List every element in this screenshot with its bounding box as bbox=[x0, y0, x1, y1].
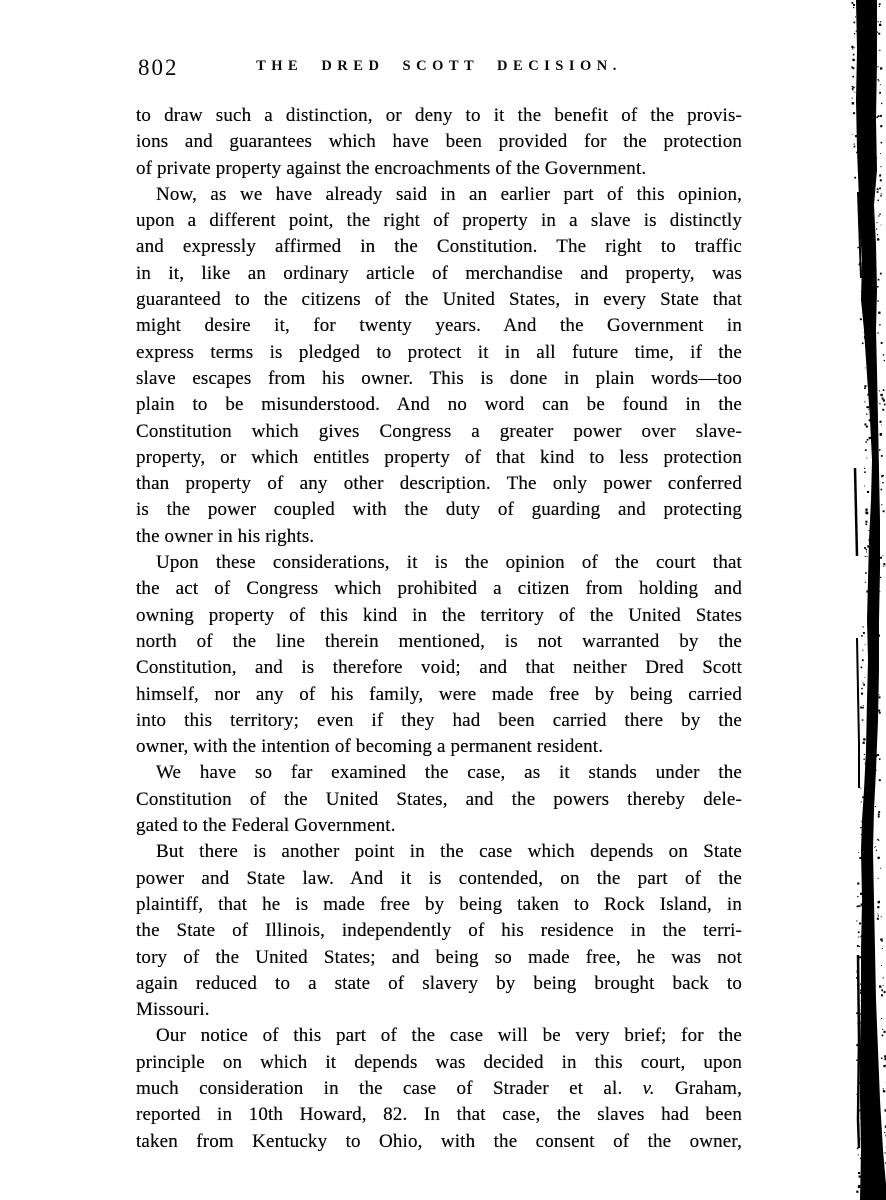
text-line: We have so far examined the case, as it … bbox=[136, 760, 742, 786]
scan-speckle bbox=[879, 985, 881, 987]
scan-speckle bbox=[881, 940, 883, 942]
text-line: the State of Illinois, independently of … bbox=[136, 918, 742, 944]
text-line: ions and guarantees which have been prov… bbox=[136, 129, 742, 155]
scan-speckle bbox=[864, 815, 866, 817]
scan-speckle bbox=[852, 102, 854, 104]
scan-speckle bbox=[860, 1013, 861, 1014]
scan-speckle bbox=[857, 1097, 859, 1099]
running-title: THE DRED SCOTT DECISION. bbox=[136, 58, 742, 75]
scan-speckle bbox=[863, 705, 864, 706]
text-line: plain to be misunderstood. And no word c… bbox=[136, 392, 742, 418]
scan-sliver bbox=[858, 955, 859, 1148]
scan-speckle bbox=[880, 21, 881, 22]
paragraph: to draw such a distinction, or deny to i… bbox=[136, 103, 742, 182]
scan-speckle bbox=[860, 827, 861, 828]
scan-speckle bbox=[879, 591, 880, 592]
scan-speckle bbox=[856, 152, 858, 154]
scan-speckle bbox=[857, 1023, 858, 1024]
scan-speckle bbox=[861, 834, 862, 835]
scan-speckle bbox=[858, 1054, 860, 1056]
scan-speckle bbox=[863, 738, 865, 740]
scan-speckle bbox=[861, 667, 863, 669]
scan-speckle bbox=[878, 21, 879, 22]
scan-speckle bbox=[855, 135, 857, 137]
scan-speckle bbox=[859, 240, 860, 241]
scan-speckle bbox=[878, 279, 880, 281]
scan-speckle bbox=[859, 264, 860, 265]
scan-speckle bbox=[865, 368, 866, 369]
scan-speckle bbox=[852, 134, 853, 135]
scan-speckle bbox=[880, 67, 882, 69]
scan-speckle bbox=[878, 814, 880, 816]
scan-speckle bbox=[882, 1035, 884, 1037]
text-line: much consideration in the case of Strade… bbox=[136, 1076, 742, 1102]
scan-speckle bbox=[877, 238, 879, 240]
scan-speckle bbox=[879, 901, 880, 902]
scan-speckle bbox=[864, 322, 866, 324]
scan-speckle bbox=[877, 234, 878, 235]
scan-speckle bbox=[881, 103, 882, 104]
scan-speckle bbox=[860, 318, 862, 320]
scan-speckle bbox=[881, 987, 882, 988]
scan-speckle bbox=[858, 1154, 859, 1155]
scan-speckle bbox=[864, 468, 865, 469]
scan-speckle bbox=[857, 1148, 859, 1150]
scan-speckle bbox=[857, 945, 859, 947]
scan-speckle bbox=[878, 878, 879, 879]
scan-speckle bbox=[878, 215, 879, 216]
scan-speckle bbox=[857, 971, 859, 973]
scan-speckle bbox=[884, 1031, 886, 1033]
scan-speckle bbox=[859, 923, 861, 925]
scan-speckle bbox=[865, 644, 866, 645]
scan-speckle bbox=[856, 1094, 857, 1095]
text-line: tory of the United States; and being so … bbox=[136, 945, 742, 971]
scan-speckle bbox=[859, 253, 860, 254]
scan-speckle bbox=[862, 659, 864, 661]
text-line: to draw such a distinction, or deny to i… bbox=[136, 103, 742, 129]
scan-speckle bbox=[877, 286, 879, 288]
scan-speckle bbox=[880, 577, 881, 578]
scan-speckle bbox=[881, 489, 883, 491]
scan-speckle bbox=[865, 511, 867, 513]
scan-speckle bbox=[865, 582, 866, 583]
scan-speckle bbox=[877, 31, 878, 32]
scan-speckle bbox=[881, 1018, 882, 1019]
scan-speckle bbox=[869, 530, 870, 531]
scan-speckle bbox=[880, 84, 881, 85]
scan-speckle bbox=[881, 425, 882, 426]
scan-speckle bbox=[876, 67, 877, 68]
scan-speckle bbox=[875, 703, 876, 704]
scan-speckle bbox=[861, 635, 863, 637]
scan-speckle bbox=[883, 1088, 884, 1089]
scan-speckle bbox=[865, 523, 867, 525]
scan-speckle bbox=[878, 635, 880, 637]
scan-speckle bbox=[876, 683, 878, 685]
scan-speckle bbox=[854, 146, 856, 148]
text-line: might desire it, for twenty years. And t… bbox=[136, 313, 742, 339]
scan-speckle bbox=[864, 795, 866, 797]
scan-speckle bbox=[858, 1036, 860, 1038]
scan-speckle bbox=[877, 839, 878, 840]
scan-speckle bbox=[858, 1185, 860, 1187]
scan-speckle bbox=[869, 547, 870, 548]
scan-speckle bbox=[882, 1029, 883, 1030]
text-line: Constitution of the United States, and t… bbox=[136, 787, 742, 813]
scan-speckle bbox=[878, 840, 879, 841]
scan-speckle bbox=[864, 385, 866, 387]
scan-speckle bbox=[852, 88, 854, 90]
scan-speckle bbox=[881, 994, 883, 996]
scan-speckle bbox=[861, 274, 862, 275]
scan-speckle bbox=[864, 754, 865, 755]
scan-speckle bbox=[861, 693, 863, 695]
scan-speckle bbox=[876, 649, 877, 650]
scan-speckle bbox=[865, 763, 867, 765]
scan-speckle bbox=[865, 425, 866, 426]
scan-speckle bbox=[854, 22, 856, 24]
scan-speckle bbox=[862, 796, 864, 798]
scan-speckle bbox=[881, 193, 882, 194]
text-line: gated to the Federal Government. bbox=[136, 813, 742, 839]
scan-speckle bbox=[865, 582, 866, 583]
scan-speckle bbox=[856, 1012, 858, 1014]
scan-speckle bbox=[879, 324, 880, 325]
scan-speckle bbox=[859, 857, 861, 859]
scan-speckle bbox=[881, 1058, 883, 1060]
scan-speckle bbox=[864, 486, 865, 487]
scan-speckle bbox=[881, 475, 883, 477]
scan-speckle bbox=[883, 389, 885, 391]
scan-speckle bbox=[851, 67, 853, 69]
scan-speckle bbox=[865, 509, 867, 511]
scan-speckle bbox=[860, 1118, 862, 1120]
scan-speckle bbox=[879, 92, 881, 94]
scan-speckle bbox=[852, 2, 854, 4]
scan-speckle bbox=[852, 86, 853, 87]
scan-speckle bbox=[875, 700, 876, 701]
scan-speckle bbox=[881, 916, 882, 917]
scan-speckle bbox=[865, 849, 867, 851]
scan-speckle bbox=[867, 458, 868, 459]
scan-sliver bbox=[857, 638, 859, 788]
scan-speckle bbox=[866, 441, 868, 443]
scan-speckle bbox=[869, 419, 871, 421]
scan-speckle bbox=[856, 920, 857, 921]
paragraph: But there is another point in the case w… bbox=[136, 839, 742, 1023]
scan-speckle bbox=[875, 806, 876, 807]
scan-speckle bbox=[859, 1176, 861, 1178]
scan-speckle bbox=[861, 1117, 862, 1118]
scan-speckle bbox=[857, 247, 859, 249]
scan-speckle bbox=[863, 626, 864, 627]
scan-speckle bbox=[854, 47, 855, 48]
scan-speckle bbox=[877, 754, 879, 756]
scan-speckle bbox=[865, 556, 866, 557]
scan-speckle bbox=[853, 112, 855, 114]
scan-speckle bbox=[861, 1000, 862, 1001]
scan-speckle bbox=[878, 115, 880, 117]
text-line: upon a different point, the right of pro… bbox=[136, 208, 742, 234]
scan-speckle bbox=[880, 174, 881, 175]
scan-speckle bbox=[877, 191, 879, 193]
scan-speckle bbox=[884, 991, 886, 993]
scan-speckle bbox=[854, 177, 856, 179]
text-line: slave escapes from his owner. This is do… bbox=[136, 366, 742, 392]
scan-speckle bbox=[878, 312, 880, 314]
scan-speckle bbox=[880, 166, 881, 167]
scan-speckle bbox=[880, 153, 881, 154]
scan-speckle bbox=[879, 24, 881, 26]
scan-speckle bbox=[857, 883, 859, 885]
scan-speckle bbox=[862, 650, 863, 651]
scan-speckle bbox=[855, 16, 856, 17]
scan-speckle bbox=[858, 905, 860, 907]
text-line: Now, as we have already said in an earli… bbox=[136, 182, 742, 208]
text-line: owner, with the intention of becoming a … bbox=[136, 734, 742, 760]
scan-speckle bbox=[878, 710, 880, 712]
scan-speckle bbox=[864, 336, 866, 338]
scan-speckle bbox=[866, 551, 867, 552]
scan-speckle bbox=[865, 791, 867, 793]
text-line: himself, nor any of his family, were mad… bbox=[136, 682, 742, 708]
scan-speckle bbox=[883, 354, 884, 355]
scan-speckle bbox=[852, 98, 853, 99]
text-line: Constitution, and is therefore void; and… bbox=[136, 655, 742, 681]
scan-speckle bbox=[864, 387, 866, 389]
scan-speckle bbox=[880, 115, 882, 117]
scan-speckle bbox=[863, 682, 864, 683]
scan-speckle bbox=[857, 906, 859, 908]
scan-speckle bbox=[860, 214, 862, 216]
scan-speckle bbox=[860, 707, 862, 709]
scan-speckle bbox=[875, 755, 877, 757]
scan-speckle bbox=[867, 491, 869, 493]
scan-speckle bbox=[879, 403, 880, 404]
scan-speckle bbox=[879, 50, 880, 51]
scan-speckle bbox=[879, 390, 880, 391]
scan-speckle bbox=[860, 992, 862, 994]
scan-speckle bbox=[856, 977, 858, 979]
paragraph: Now, as we have already said in an earli… bbox=[136, 182, 742, 550]
scan-speckle bbox=[876, 229, 877, 230]
scan-speckle bbox=[861, 955, 863, 957]
scan-speckle bbox=[859, 956, 861, 958]
scan-speckle bbox=[858, 1172, 860, 1174]
scan-speckle bbox=[863, 836, 864, 837]
scan-speckle bbox=[881, 965, 882, 966]
scan-speckle bbox=[860, 893, 862, 895]
scan-speckle bbox=[877, 906, 879, 908]
scan-speckle bbox=[858, 852, 859, 853]
scan-speckle bbox=[880, 179, 882, 181]
scan-speckle bbox=[875, 663, 877, 665]
scan-speckle bbox=[877, 188, 879, 190]
text-line: taken from Kentucky to Ohio, with the co… bbox=[136, 1129, 742, 1155]
scan-speckle bbox=[864, 471, 866, 473]
scan-speckle bbox=[878, 816, 880, 818]
scan-speckle bbox=[883, 1090, 885, 1092]
scan-speckle bbox=[874, 665, 875, 666]
scan-speckle bbox=[862, 719, 864, 721]
scan-speckle bbox=[859, 946, 860, 947]
scan-speckle bbox=[858, 1125, 860, 1127]
scan-speckle bbox=[881, 142, 883, 144]
scan-speckle bbox=[860, 1047, 862, 1049]
scan-speckle bbox=[860, 989, 862, 991]
text-line: north of the line therein mentioned, is … bbox=[136, 629, 742, 655]
scan-speckle bbox=[865, 335, 866, 336]
scan-speckle bbox=[862, 707, 864, 709]
scan-speckle bbox=[881, 504, 882, 505]
scan-speckle bbox=[876, 157, 877, 158]
scan-speckle bbox=[868, 540, 869, 541]
text-line: Constitution which gives Congress a grea… bbox=[136, 419, 742, 445]
scan-speckle bbox=[883, 566, 884, 567]
scan-speckle bbox=[864, 332, 865, 333]
scan-speckle bbox=[861, 1017, 863, 1019]
scan-speckle bbox=[864, 423, 866, 425]
scan-speckle bbox=[877, 918, 879, 920]
scan-speckle bbox=[864, 336, 866, 338]
scan-speckle bbox=[852, 48, 853, 49]
scan-speckle bbox=[867, 406, 869, 408]
scan-speckle bbox=[877, 664, 879, 666]
scan-speckle bbox=[876, 626, 878, 628]
scan-speckle bbox=[878, 857, 880, 859]
text-line: power and State law. And it is contended… bbox=[136, 866, 742, 892]
scan-speckle bbox=[878, 79, 879, 80]
scan-speckle bbox=[857, 1066, 859, 1068]
scan-speckle bbox=[857, 958, 859, 960]
scan-speckle bbox=[879, 6, 880, 7]
scan-speckle bbox=[877, 332, 878, 333]
scan-speckle bbox=[859, 263, 861, 265]
scan-speckle bbox=[863, 742, 865, 744]
text-line: principle on which it depends was decide… bbox=[136, 1050, 742, 1076]
scan-speckle bbox=[865, 521, 867, 523]
scan-speckle bbox=[878, 200, 880, 202]
scan-band-shape bbox=[856, 0, 886, 1200]
scan-speckle bbox=[867, 439, 869, 441]
paragraph: Our notice of this part of the case will… bbox=[136, 1023, 742, 1154]
scan-speckle bbox=[883, 977, 884, 978]
scan-speckle bbox=[879, 712, 881, 714]
scan-speckle bbox=[881, 342, 883, 344]
scan-speckle bbox=[881, 989, 883, 991]
scan-speckle bbox=[862, 835, 864, 837]
scan-speckle bbox=[861, 821, 862, 822]
scan-speckle bbox=[865, 677, 866, 678]
scan-speckle bbox=[882, 409, 884, 411]
scan-speckle bbox=[859, 1082, 861, 1084]
scan-speckle bbox=[852, 89, 853, 90]
scan-speckle bbox=[876, 116, 878, 118]
scan-speckle bbox=[861, 935, 863, 937]
scan-speckle bbox=[854, 144, 855, 145]
scan-speckle bbox=[881, 225, 882, 226]
scan-speckle bbox=[859, 263, 861, 265]
paragraph: We have so far examined the case, as it … bbox=[136, 760, 742, 839]
scan-speckle bbox=[875, 846, 876, 847]
book-page: 802 THE DRED SCOTT DECISION. to draw suc… bbox=[0, 0, 886, 1200]
scan-speckle bbox=[858, 931, 860, 933]
text-line: owning property of this kind in the terr… bbox=[136, 603, 742, 629]
scan-speckle bbox=[883, 475, 884, 476]
scan-speckle bbox=[853, 7, 854, 8]
scan-speckle bbox=[876, 850, 877, 851]
scan-speckle bbox=[852, 59, 854, 61]
scan-speckle bbox=[860, 788, 861, 789]
text-line: property, or which entitles property of … bbox=[136, 445, 742, 471]
scan-speckle bbox=[861, 801, 862, 802]
text-line: than property of any other description. … bbox=[136, 471, 742, 497]
scan-edge-artifact bbox=[840, 0, 886, 1200]
scan-speckle bbox=[859, 197, 861, 199]
scan-speckle bbox=[864, 547, 866, 549]
scan-speckle bbox=[884, 360, 885, 361]
text-line: again reduced to a state of slavery by b… bbox=[136, 971, 742, 997]
scan-speckle bbox=[864, 401, 865, 402]
scan-speckle bbox=[856, 31, 857, 32]
text-line: plaintiff, that he is made free by being… bbox=[136, 892, 742, 918]
scan-speckle bbox=[867, 556, 868, 557]
scan-speckle bbox=[860, 1062, 862, 1064]
scan-speckle bbox=[857, 985, 858, 986]
scan-speckle bbox=[877, 710, 878, 711]
scan-speckle bbox=[878, 915, 879, 916]
scan-speckle bbox=[883, 563, 885, 565]
scan-speckle bbox=[866, 591, 868, 593]
scan-speckle bbox=[852, 76, 854, 78]
scan-speckle bbox=[879, 694, 880, 695]
text-line: Our notice of this part of the case will… bbox=[136, 1023, 742, 1049]
scan-speckle bbox=[860, 1051, 861, 1052]
scan-speckle bbox=[878, 66, 879, 67]
text-line: the owner in his rights. bbox=[136, 524, 742, 550]
scan-speckle bbox=[869, 437, 871, 439]
text-line: is the power coupled with the duty of gu… bbox=[136, 497, 742, 523]
scan-speckle bbox=[861, 291, 862, 292]
scan-speckle bbox=[858, 937, 859, 938]
text-line: But there is another point in the case w… bbox=[136, 839, 742, 865]
scan-speckle bbox=[875, 753, 877, 755]
scan-speckle bbox=[879, 449, 881, 451]
text-line: Upon these considerations, it is the opi… bbox=[136, 550, 742, 576]
scan-speckle bbox=[863, 632, 865, 634]
scan-speckle bbox=[854, 33, 855, 34]
page-body: to draw such a distinction, or deny to i… bbox=[136, 103, 742, 1155]
scan-speckle bbox=[880, 938, 882, 940]
text-line: Missouri. bbox=[136, 997, 742, 1023]
scan-speckle bbox=[876, 222, 877, 223]
scan-speckle bbox=[880, 434, 882, 436]
scan-speckle bbox=[878, 33, 880, 35]
scan-speckle bbox=[882, 555, 883, 556]
scan-speckle bbox=[864, 759, 865, 760]
scan-speckle bbox=[853, 54, 855, 56]
scan-speckle bbox=[867, 394, 869, 396]
scan-speckle bbox=[868, 409, 869, 410]
scan-speckle bbox=[879, 213, 880, 214]
scan-speckle bbox=[868, 387, 869, 388]
scan-speckle bbox=[878, 901, 880, 903]
scan-speckle bbox=[866, 512, 868, 514]
scan-speckle bbox=[867, 545, 869, 547]
scan-speckle bbox=[879, 81, 880, 82]
scan-speckle bbox=[875, 681, 876, 682]
